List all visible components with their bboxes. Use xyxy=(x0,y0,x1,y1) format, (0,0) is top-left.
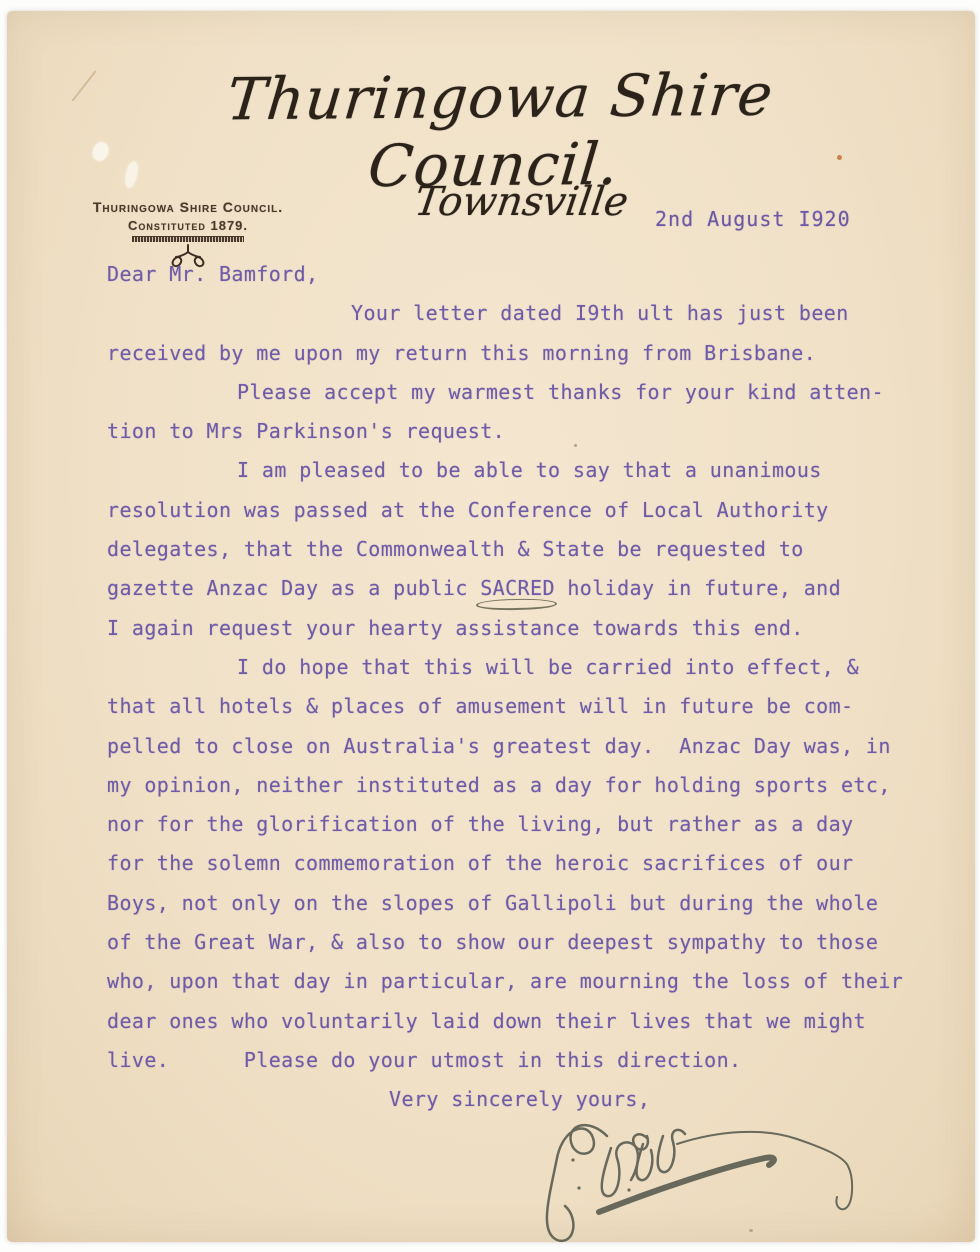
letter-line: I again request your hearty assistance t… xyxy=(107,609,927,648)
letter-body: Dear Mr. Bamford,Your letter dated I9th … xyxy=(107,255,927,1120)
letter-line: who, upon that day in particular, are mo… xyxy=(107,962,927,1001)
paper-fleck xyxy=(574,444,577,447)
letter-line: delegates, that the Commonwealth & State… xyxy=(107,530,927,569)
paper-stain-speck xyxy=(837,155,842,160)
letter-line: pelled to close on Australia's greatest … xyxy=(107,727,927,766)
letter-line: live. Please do your utmost in this dire… xyxy=(107,1041,927,1080)
letter-line: nor for the glorification of the living,… xyxy=(107,805,927,844)
handwritten-signature xyxy=(527,1114,872,1252)
letter-line: gazette Anzac Day as a public SACRED hol… xyxy=(107,569,927,608)
letter-line: I am pleased to be able to say that a un… xyxy=(107,451,927,490)
letter-date: 2nd August I920 xyxy=(655,207,851,231)
letterhead-place: Townsville xyxy=(412,179,631,225)
letter-line: dear ones who voluntarily laid down thei… xyxy=(107,1002,927,1041)
letter-line: that all hotels & places of amusement wi… xyxy=(107,687,927,726)
letter-line: Please accept my warmest thanks for your… xyxy=(107,373,927,412)
letter-line: for the solemn commemoration of the hero… xyxy=(107,844,927,883)
paper-scratch xyxy=(72,70,97,101)
underlined-word: SACRED xyxy=(480,576,555,600)
paper-fleck xyxy=(749,1229,753,1232)
stamp-council-name: Thuringowa Shire Council. xyxy=(77,199,299,215)
letter-line: received by me upon my return this morni… xyxy=(107,334,927,373)
stamp-constituted-line: Constituted 1879. xyxy=(77,218,299,233)
letter-line: resolution was passed at the Conference … xyxy=(107,491,927,530)
paper-flaw-spot xyxy=(90,140,111,163)
letter-line: Dear Mr. Bamford, xyxy=(107,255,927,294)
letter-paper: Thuringowa Shire Council. Thuringowa Shi… xyxy=(7,11,975,1242)
letter-line: Your letter dated I9th ult has just been xyxy=(107,294,927,333)
letter-line: my opinion, neither instituted as a day … xyxy=(107,766,927,805)
letter-line: tion to Mrs Parkinson's request. xyxy=(107,412,927,451)
stamp-underline-rule xyxy=(132,236,244,242)
letter-line: of the Great War, & also to show our dee… xyxy=(107,923,927,962)
letter-line: Boys, not only on the slopes of Gallipol… xyxy=(107,884,927,923)
letter-line: I do hope that this will be carried into… xyxy=(107,648,927,687)
